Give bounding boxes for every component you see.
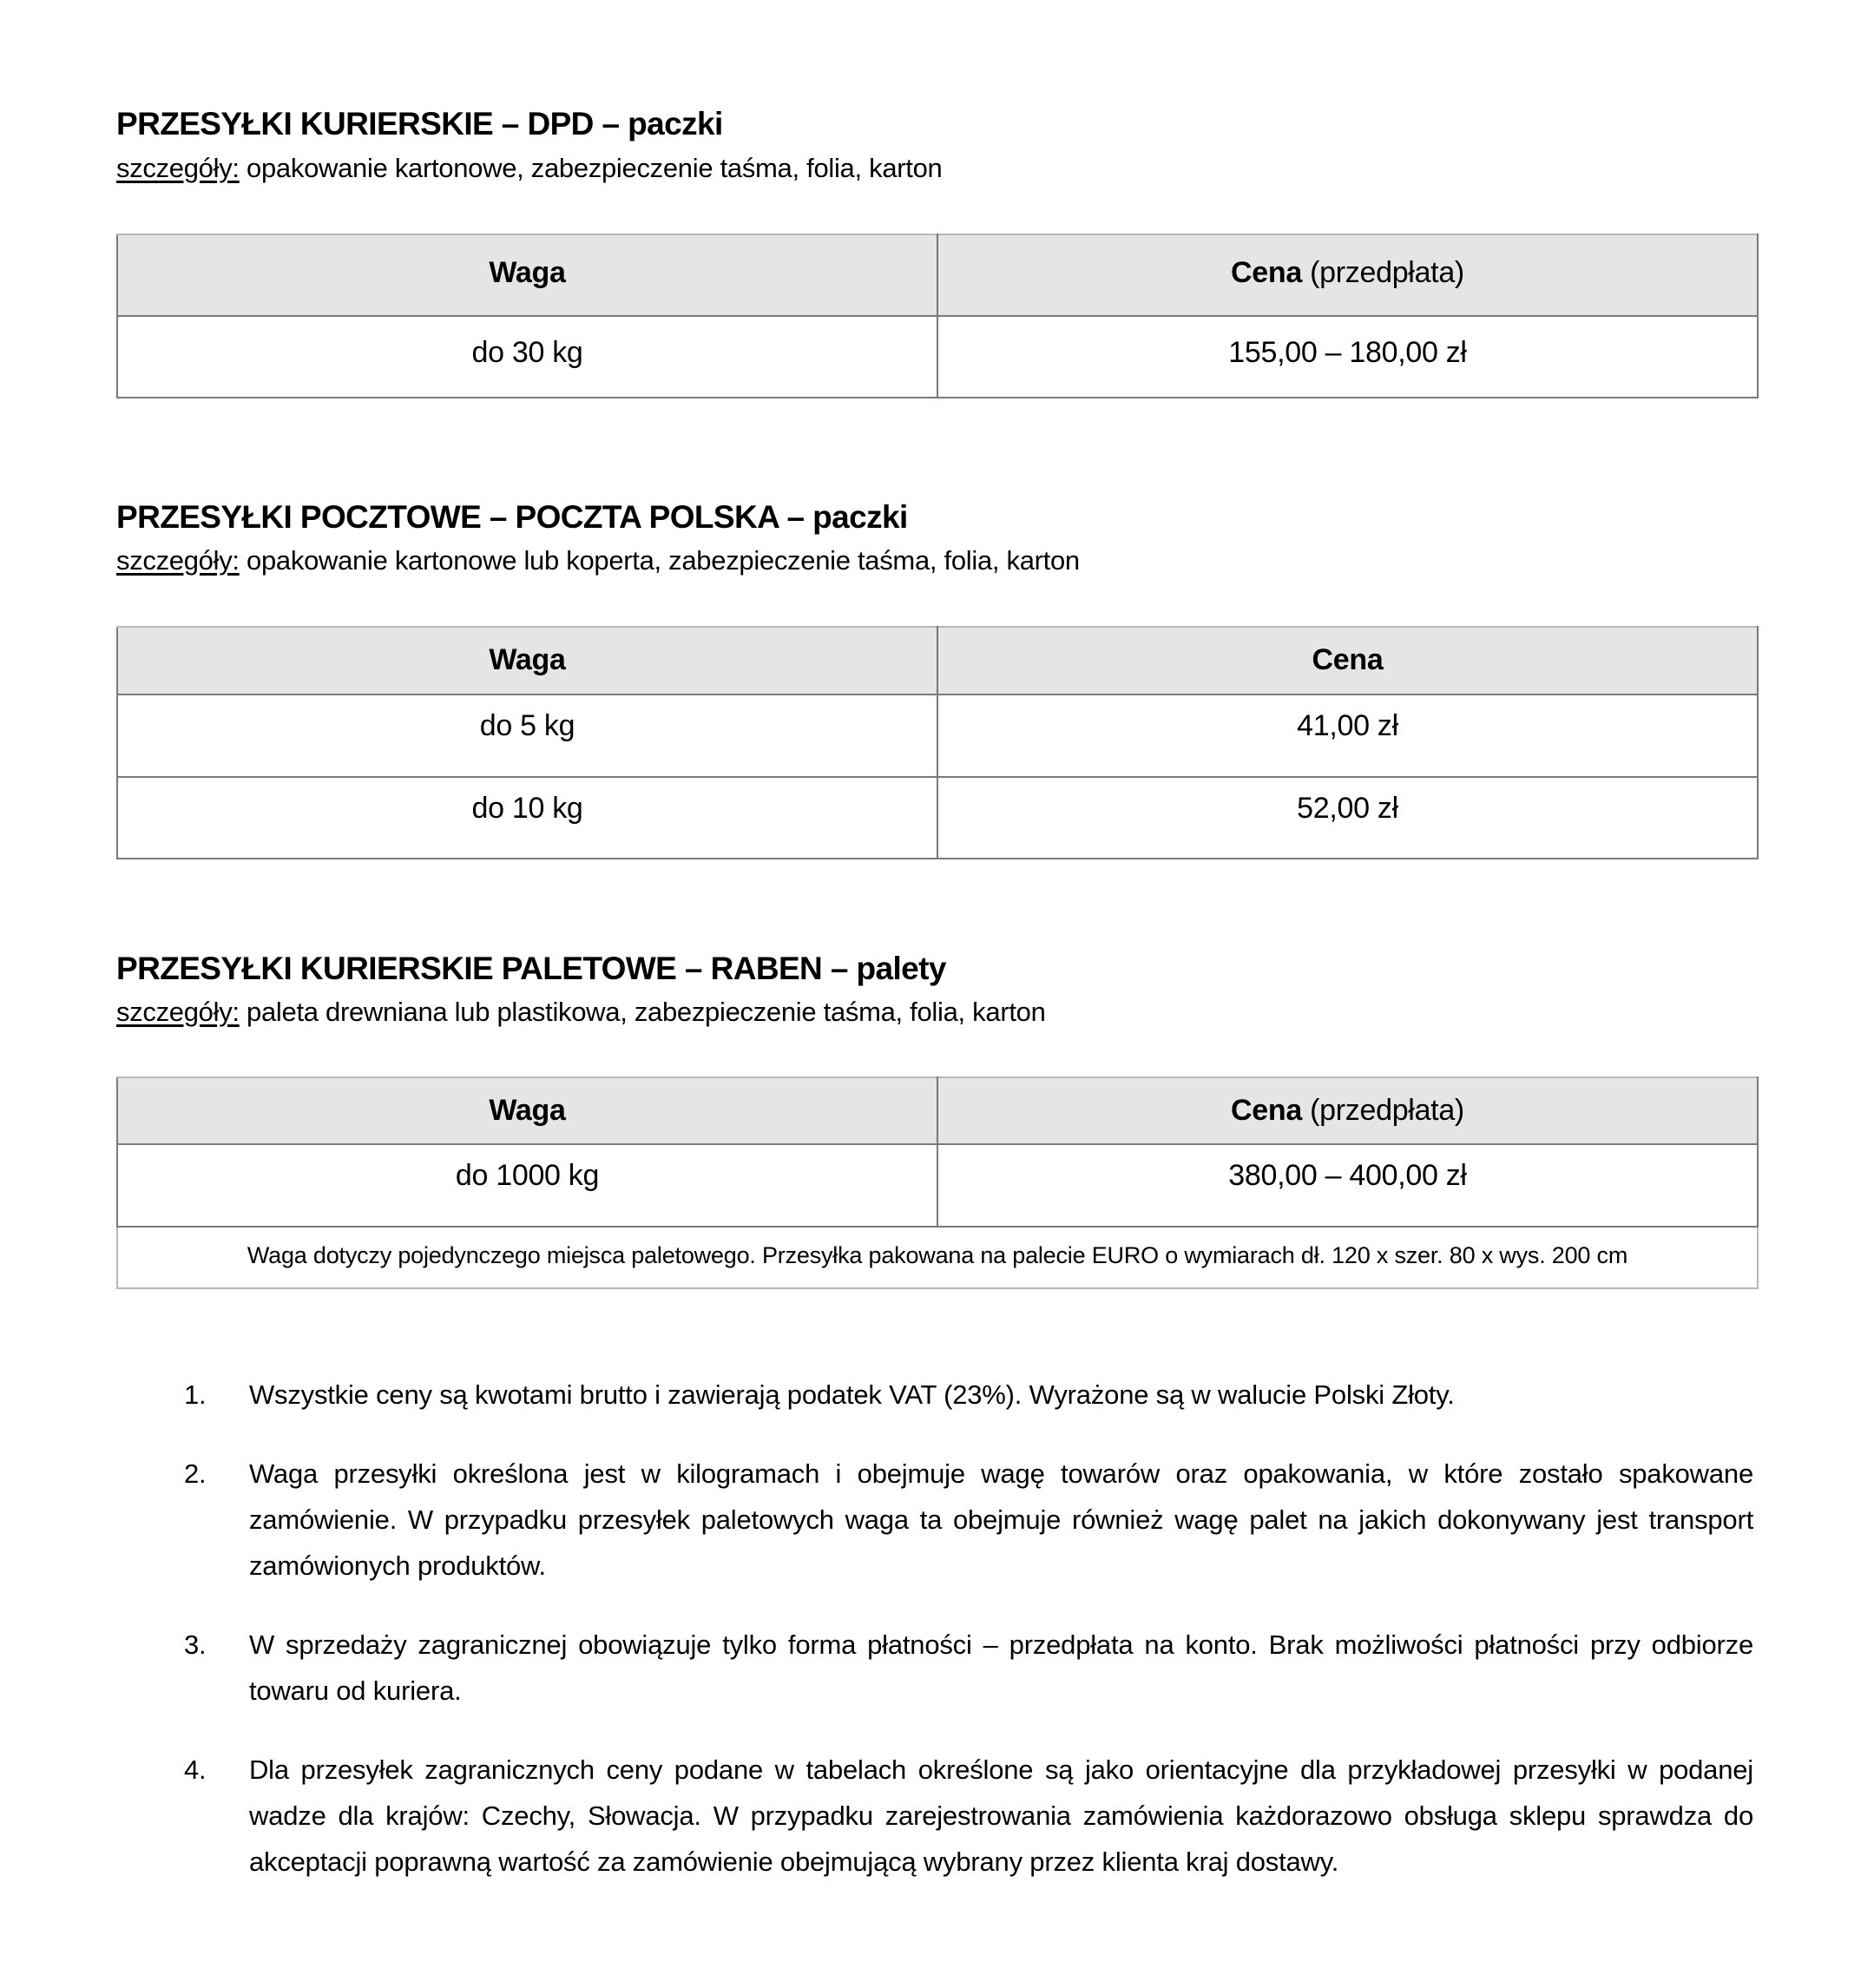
list-text: Wszystkie ceny są kwotami brutto i zawie… <box>249 1379 1455 1410</box>
header-price-qualifier: (przedpłata) <box>1302 1094 1464 1127</box>
price-cell: 41,00 zł <box>937 694 1758 777</box>
list-text: Dla przesyłek zagranicznych ceny podane … <box>249 1754 1753 1877</box>
section-details: szczegóły: paleta drewniana lub plastiko… <box>116 998 1046 1025</box>
list-number: 4. <box>184 1747 206 1793</box>
table-note-row: Waga dotyczy pojedynczego miejsca paleto… <box>117 1227 1758 1288</box>
header-weight-label: Waga <box>489 643 565 676</box>
table-note: Waga dotyczy pojedynczego miejsca paleto… <box>117 1227 1758 1288</box>
weight-cell: do 1000 kg <box>117 1144 937 1227</box>
weight-cell: do 5 kg <box>117 694 937 777</box>
weight-cell: do 30 kg <box>117 316 937 398</box>
header-price: Cena (przedpłata) <box>937 1077 1758 1144</box>
list-item: 3. W sprzedaży zagranicznej obowiązuje t… <box>184 1622 1753 1714</box>
list-number: 1. <box>184 1372 206 1418</box>
header-price-label: Cena <box>1231 256 1302 289</box>
section-heading: PRZESYŁKI KURIERSKIE – DPD – paczki <box>116 108 723 140</box>
table-header-row: Waga Cena (przedpłata) <box>117 1077 1758 1144</box>
header-price-label: Cena <box>1231 1094 1302 1127</box>
header-weight-label: Waga <box>489 256 565 289</box>
header-weight-label: Waga <box>489 1094 565 1127</box>
section-details: szczegóły: opakowanie kartonowe lub kope… <box>116 547 1080 574</box>
header-price: Cena (przedpłata) <box>937 234 1758 316</box>
list-item: 1. Wszystkie ceny są kwotami brutto i za… <box>184 1372 1753 1418</box>
table-row: do 5 kg 41,00 zł <box>117 694 1758 777</box>
table-row: do 10 kg 52,00 zł <box>117 777 1758 859</box>
details-text: opakowanie kartonowe lub koperta, zabezp… <box>240 545 1080 576</box>
price-table-raben: Waga Cena (przedpłata) do 1000 kg 380,00… <box>116 1076 1759 1289</box>
header-price-qualifier: (przedpłata) <box>1302 256 1464 289</box>
section-heading: PRZESYŁKI POCZTOWE – POCZTA POLSKA – pac… <box>116 501 908 533</box>
table-row: do 30 kg 155,00 – 180,00 zł <box>117 316 1758 398</box>
price-cell: 380,00 – 400,00 zł <box>937 1144 1758 1227</box>
list-text: W sprzedaży zagranicznej obowiązuje tylk… <box>249 1629 1753 1706</box>
header-price-label: Cena <box>1312 643 1384 676</box>
details-label: szczegóły: <box>116 997 240 1027</box>
list-number: 3. <box>184 1622 206 1668</box>
details-label: szczegóły: <box>116 545 240 576</box>
header-weight: Waga <box>117 1077 937 1144</box>
list-item: 4. Dla przesyłek zagranicznych ceny poda… <box>184 1747 1753 1885</box>
details-label: szczegóły: <box>116 153 240 183</box>
price-table-poczta: Waga Cena do 5 kg 41,00 zł do 10 kg 52,0… <box>116 626 1759 859</box>
header-weight: Waga <box>117 234 937 316</box>
list-number: 2. <box>184 1451 206 1497</box>
details-text: opakowanie kartonowe, zabezpieczenie taś… <box>240 153 943 183</box>
price-cell: 52,00 zł <box>937 777 1758 859</box>
list-text: Waga przesyłki określona jest w kilogram… <box>249 1458 1753 1581</box>
table-row: do 1000 kg 380,00 – 400,00 zł <box>117 1144 1758 1227</box>
section-details: szczegóły: opakowanie kartonowe, zabezpi… <box>116 155 942 181</box>
header-weight: Waga <box>117 627 937 694</box>
notes-list: 1. Wszystkie ceny są kwotami brutto i za… <box>184 1372 1753 1918</box>
section-heading: PRZESYŁKI KURIERSKIE PALETOWE – RABEN – … <box>116 952 946 984</box>
price-cell: 155,00 – 180,00 zł <box>937 316 1758 398</box>
table-header-row: Waga Cena <box>117 627 1758 694</box>
header-price: Cena <box>937 627 1758 694</box>
list-item: 2. Waga przesyłki określona jest w kilog… <box>184 1451 1753 1589</box>
table-header-row: Waga Cena (przedpłata) <box>117 234 1758 316</box>
details-text: paleta drewniana lub plastikowa, zabezpi… <box>240 997 1046 1027</box>
weight-cell: do 10 kg <box>117 777 937 859</box>
price-table-dpd: Waga Cena (przedpłata) do 30 kg 155,00 –… <box>116 234 1759 398</box>
